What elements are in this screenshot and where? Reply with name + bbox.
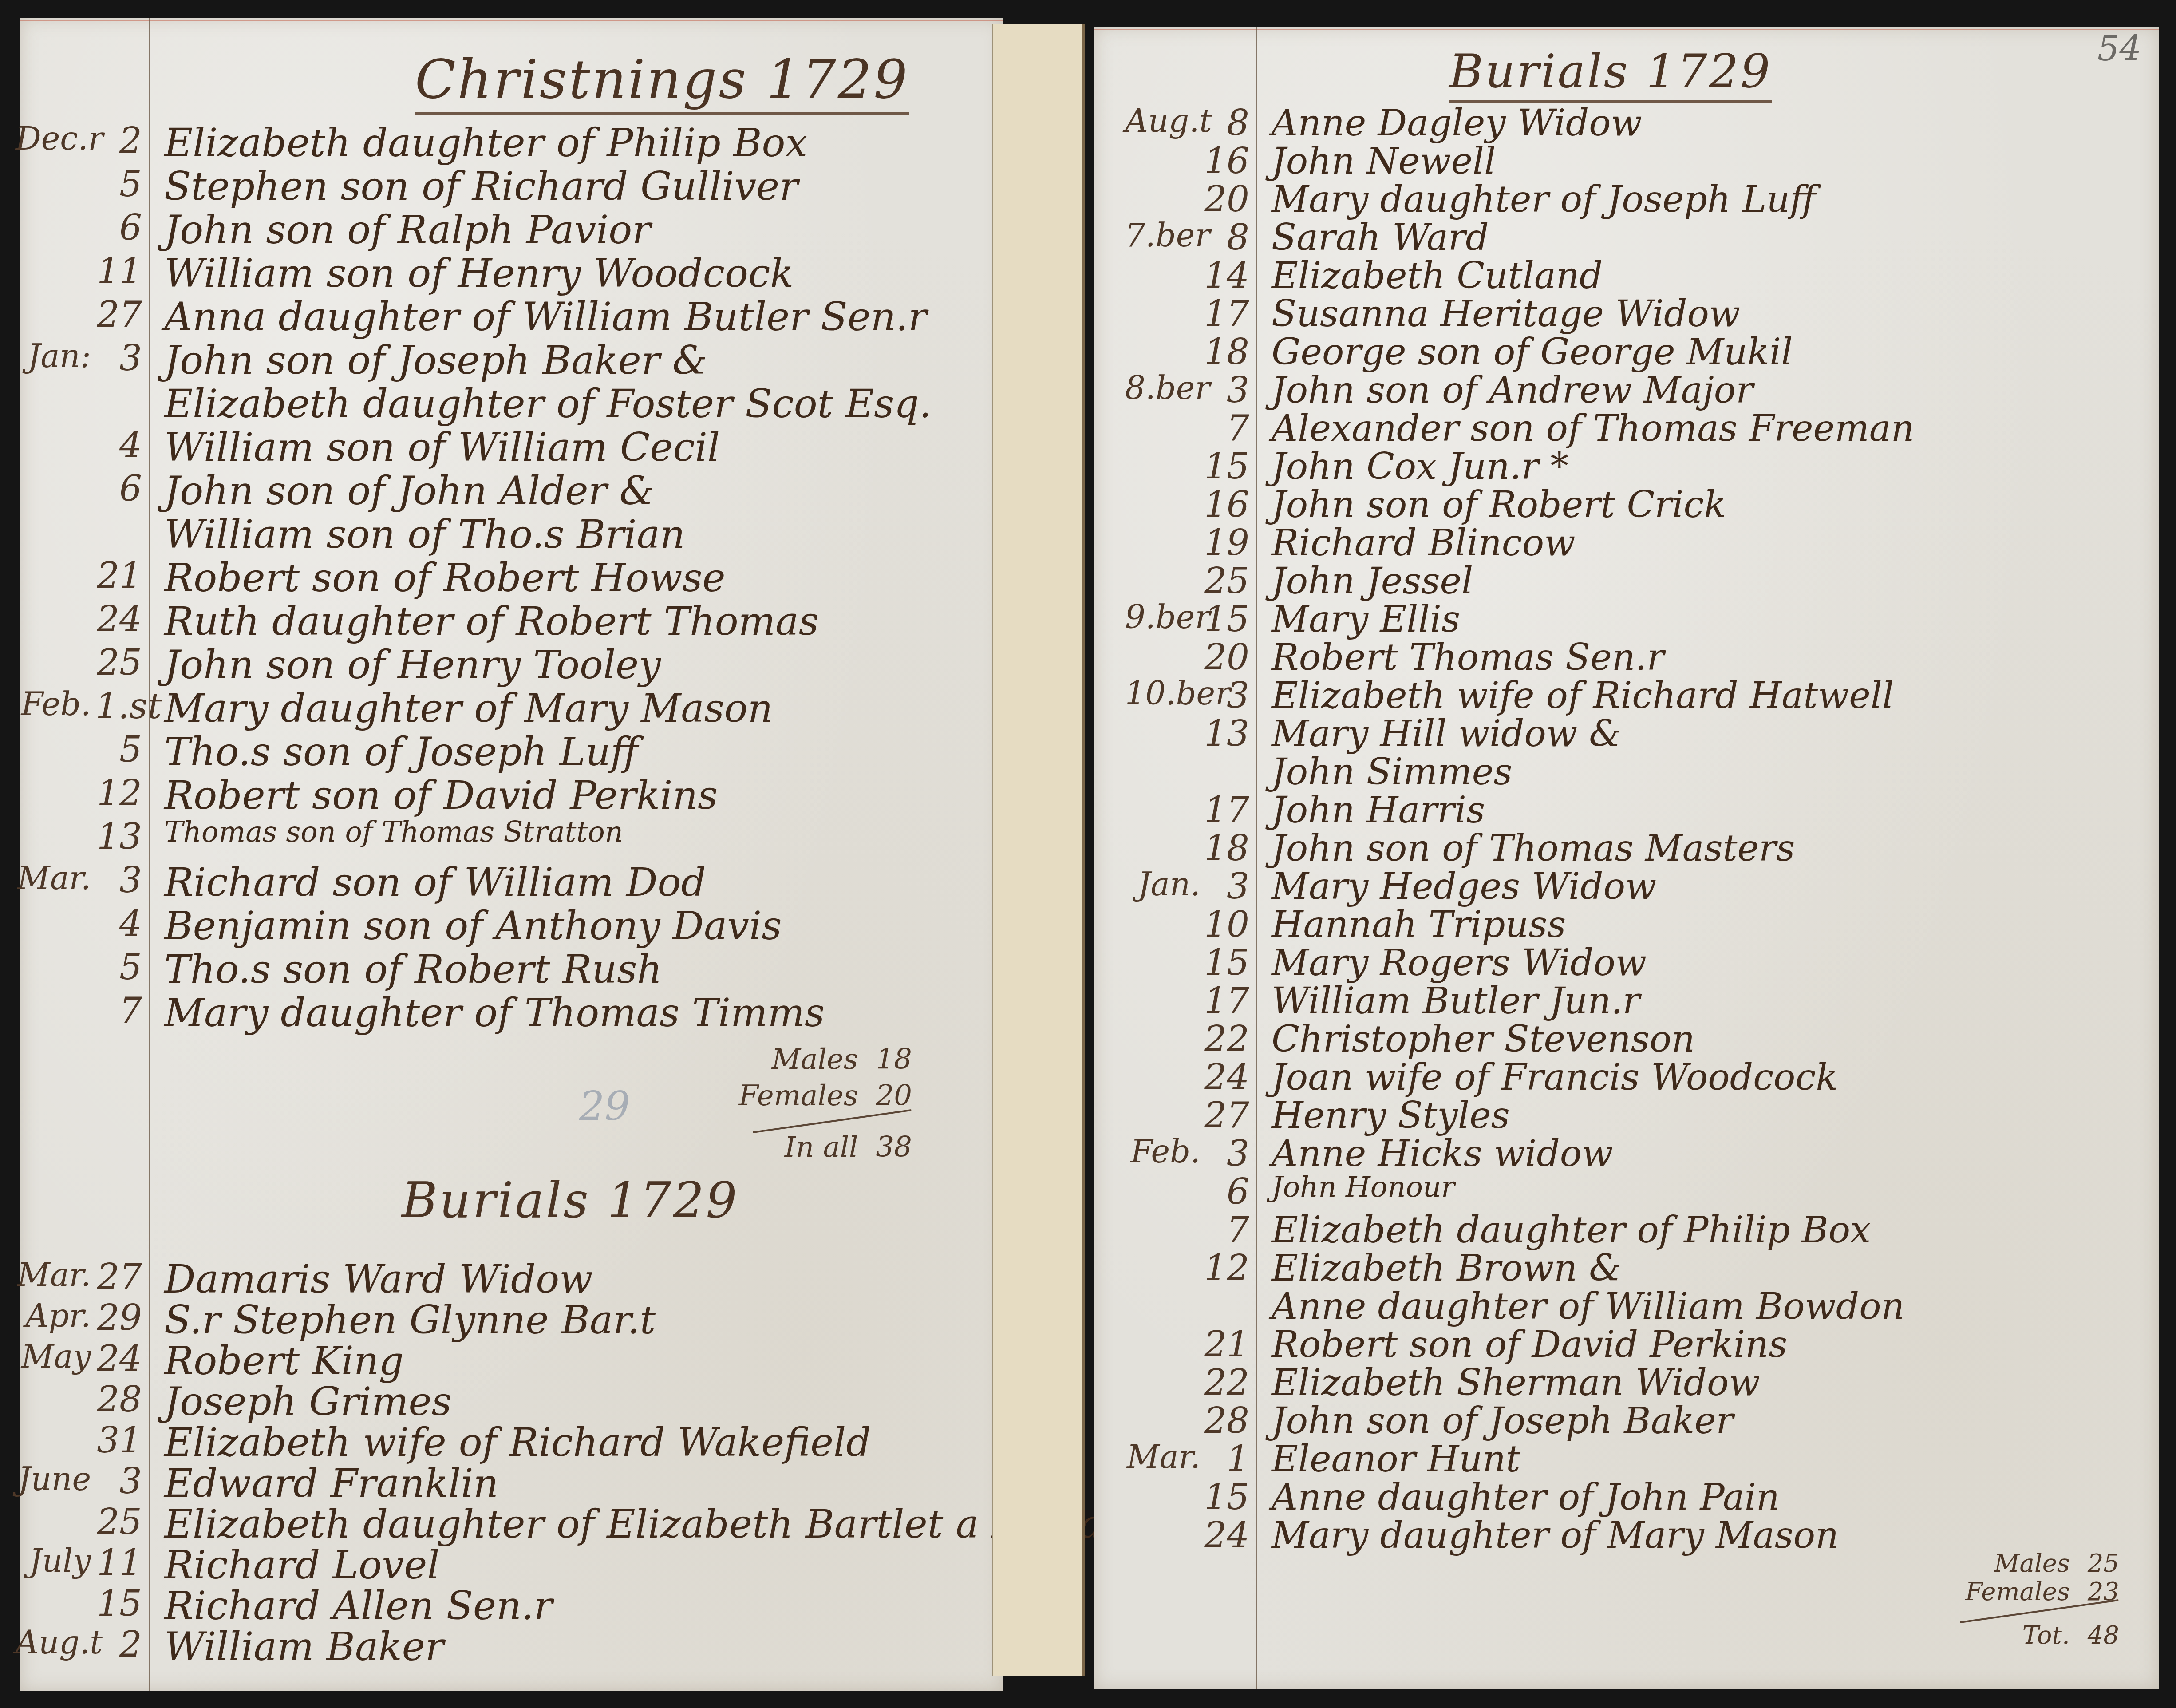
register-entry: 8.ber3John son of Andrew Major xyxy=(1094,369,2159,414)
register-entry: 24Ruth daughter of Robert Thomas xyxy=(20,598,1003,643)
entry-day: 24 xyxy=(1203,1056,1249,1098)
entry-day: 27 xyxy=(95,1256,142,1297)
entry-name: William Butler Jun.r xyxy=(1272,980,1640,1022)
christenings-heading: Christnings 1729 xyxy=(415,49,909,115)
entry-name: John son of Thomas Masters xyxy=(1272,827,1795,870)
entry-month: 9.ber xyxy=(1125,598,1201,636)
entry-name: Mary Hedges Widow xyxy=(1272,866,1656,908)
males-label: Males xyxy=(772,1043,858,1079)
register-entry: 25John Jessel xyxy=(1094,560,2159,605)
entry-day: 15 xyxy=(95,1583,142,1624)
entry-name: Edward Franklin xyxy=(164,1460,498,1506)
entry-name: George son of George Mukil xyxy=(1272,331,1793,373)
entry-day: 18 xyxy=(1203,331,1249,372)
entry-day: 13 xyxy=(95,816,142,857)
entry-day: 24 xyxy=(95,1338,142,1379)
entry-day: 20 xyxy=(1203,637,1249,678)
entry-day: 12 xyxy=(1203,1247,1249,1289)
register-entry: Jan.3Mary Hedges Widow xyxy=(1094,866,2159,910)
register-entry: William son of Tho.s Brian xyxy=(20,511,1003,556)
entry-name: Mary Rogers Widow xyxy=(1272,942,1647,984)
entry-name: Ruth daughter of Robert Thomas xyxy=(164,598,819,644)
entry-name: Anne daughter of William Bowdon xyxy=(1272,1285,1904,1328)
register-entry: 17Susanna Heritage Widow xyxy=(1094,293,2159,337)
entry-day: 15 xyxy=(1203,446,1249,487)
register-entry: Aug.t2William Baker xyxy=(20,1624,1003,1668)
register-entry: Mar.27Damaris Ward Widow xyxy=(20,1256,1003,1301)
register-entry: 4William son of William Cecil xyxy=(20,424,1003,469)
entry-day: 29 xyxy=(95,1297,142,1338)
entry-day: 24 xyxy=(95,598,142,640)
register-entry: 12Elizabeth Brown & xyxy=(1094,1247,2159,1292)
total-label: In all xyxy=(785,1131,858,1167)
entry-name: Mary daughter of Joseph Luff xyxy=(1272,178,1816,221)
register-entry: Apr.29S.r Stephen Glynne Bar.t xyxy=(20,1297,1003,1341)
entry-day: 25 xyxy=(1203,560,1249,601)
entry-day: 21 xyxy=(1203,1324,1249,1365)
register-entry: 15Mary Rogers Widow xyxy=(1094,942,2159,986)
register-entry: 17William Butler Jun.r xyxy=(1094,980,2159,1024)
entry-day: 7 xyxy=(95,990,142,1031)
entry-name: Mary Hill widow & xyxy=(1272,713,1621,755)
entry-day: 16 xyxy=(1203,484,1249,525)
register-entry: 11William son of Henry Woodcock xyxy=(20,250,1003,295)
register-entry: 13Thomas son of Thomas Stratton xyxy=(20,816,1003,860)
entry-day: 20 xyxy=(1203,178,1249,220)
register-entry: 10Hannah Tripuss xyxy=(1094,904,2159,948)
entry-name: John Cox Jun.r * xyxy=(1272,446,1568,488)
register-entry: 15John Cox Jun.r * xyxy=(1094,446,2159,490)
top-red-rule xyxy=(1094,29,2159,30)
register-entry: John Simmes xyxy=(1094,751,2159,795)
entry-month: Mar. xyxy=(1125,1438,1201,1475)
entry-day: 8 xyxy=(1203,102,1249,143)
entry-name: Richard son of William Dod xyxy=(164,859,706,905)
entry-day: 28 xyxy=(1203,1400,1249,1441)
register-entry: Jan:3John son of Joseph Baker & xyxy=(20,337,1003,382)
entry-day: 5 xyxy=(95,163,142,205)
register-entry: 12Robert son of David Perkins xyxy=(20,772,1003,817)
register-entry: July11Richard Lovel xyxy=(20,1542,1003,1586)
register-entry: 5Tho.s son of Robert Rush xyxy=(20,946,1003,991)
entry-day: 18 xyxy=(1203,827,1249,869)
entry-day: 21 xyxy=(95,555,142,596)
entry-name: Eleanor Hunt xyxy=(1272,1438,1520,1480)
entry-day: 3 xyxy=(1203,675,1249,716)
entry-name: Anne Hicks widow xyxy=(1272,1133,1613,1175)
entry-day: 5 xyxy=(95,946,142,988)
register-entry: 10.ber3Elizabeth wife of Richard Hatwell xyxy=(1094,675,2159,719)
entry-name: William son of Henry Woodcock xyxy=(164,250,794,296)
entry-day: 4 xyxy=(95,424,142,466)
register-entry: 9.ber15Mary Ellis xyxy=(1094,598,2159,643)
entry-name: John son of Joseph Baker & xyxy=(164,337,707,383)
register-entry: 7.ber8Sarah Ward xyxy=(1094,217,2159,261)
entry-name: Richard Lovel xyxy=(164,1542,440,1588)
entry-month: 10.ber xyxy=(1125,675,1201,712)
entry-month: Feb. xyxy=(16,685,91,723)
register-entry: 25Elizabeth daughter of Elizabeth Bartle… xyxy=(20,1501,1003,1546)
entry-name: Elizabeth wife of Richard Hatwell xyxy=(1272,675,1894,717)
entry-month: Mar. xyxy=(16,1256,91,1293)
register-entry: 24Joan wife of Francis Woodcock xyxy=(1094,1056,2159,1101)
entry-name: Elizabeth daughter of Foster Scot Esq. xyxy=(164,381,932,427)
entry-name: John Harris xyxy=(1272,789,1485,831)
entry-month: Mar. xyxy=(16,859,91,897)
register-entry: 13Mary Hill widow & xyxy=(1094,713,2159,757)
entry-day: 28 xyxy=(95,1379,142,1420)
entry-name: Elizabeth wife of Richard Wakefield xyxy=(164,1419,871,1465)
register-entry: 6John son of John Alder & xyxy=(20,468,1003,512)
binding-stub xyxy=(992,24,1085,1676)
register-entry: 22Christopher Stevenson xyxy=(1094,1018,2159,1063)
register-entry: 14Elizabeth Cutland xyxy=(1094,255,2159,299)
entry-day: 3 xyxy=(95,337,142,379)
total-count: 38 xyxy=(876,1131,912,1167)
register-entry: 20Mary daughter of Joseph Luff xyxy=(1094,178,2159,223)
entry-name: John Jessel xyxy=(1272,560,1473,602)
register-entry: Feb.1.stMary daughter of Mary Mason xyxy=(20,685,1003,730)
entry-name: Susanna Heritage Widow xyxy=(1272,293,1740,335)
entry-name: John son of Robert Crick xyxy=(1272,484,1726,526)
burials-heading-right: Burials 1729 xyxy=(1449,44,1772,103)
register-entry: 7Elizabeth daughter of Philip Box xyxy=(1094,1209,2159,1253)
register-entry: Aug.t8Anne Dagley Widow xyxy=(1094,102,2159,146)
entry-month: June xyxy=(16,1460,91,1498)
entry-name: Elizabeth daughter of Philip Box xyxy=(164,120,807,166)
entry-name: Elizabeth Sherman Widow xyxy=(1272,1362,1760,1404)
entry-name: Robert son of Robert Howse xyxy=(164,555,726,601)
entry-day: 15 xyxy=(1203,1476,1249,1518)
entry-day: 3 xyxy=(95,1460,142,1502)
entry-name: John son of Henry Tooley xyxy=(164,642,661,688)
entry-name: Hannah Tripuss xyxy=(1272,904,1566,946)
entry-name: Robert Thomas Sen.r xyxy=(1272,637,1664,679)
register-entry: 21Robert son of Robert Howse xyxy=(20,555,1003,599)
entry-name: Elizabeth Brown & xyxy=(1272,1247,1621,1289)
entry-name: Robert son of David Perkins xyxy=(1272,1324,1787,1366)
entry-name: Mary daughter of Thomas Timms xyxy=(164,990,825,1036)
entry-day: 31 xyxy=(95,1419,142,1461)
entry-day: 13 xyxy=(1203,713,1249,754)
entry-day: 2 xyxy=(95,1624,142,1665)
entry-name: Damaris Ward Widow xyxy=(164,1256,593,1302)
entry-day: 7 xyxy=(1203,1209,1249,1250)
entry-name: Stephen son of Richard Gulliver xyxy=(164,163,798,209)
entry-name: John Honour xyxy=(1272,1171,1455,1204)
entry-day: 6 xyxy=(1203,1171,1249,1212)
entry-day: 24 xyxy=(1203,1514,1249,1556)
register-entry: 17John Harris xyxy=(1094,789,2159,834)
entry-name: Henry Styles xyxy=(1272,1095,1510,1137)
entry-name: William son of Tho.s Brian xyxy=(164,511,685,557)
entry-name: Richard Blincow xyxy=(1272,522,1575,564)
register-entry: 21Robert son of David Perkins xyxy=(1094,1324,2159,1368)
entry-day: 3 xyxy=(1203,1133,1249,1174)
entry-day: 16 xyxy=(1203,140,1249,182)
register-entry: 28John son of Joseph Baker xyxy=(1094,1400,2159,1444)
entry-day: 27 xyxy=(95,294,142,335)
entry-day: 8 xyxy=(1203,217,1249,258)
register-entry: May24Robert King xyxy=(20,1338,1003,1382)
entry-day: 22 xyxy=(1203,1018,1249,1060)
entry-day: 7 xyxy=(1203,407,1249,449)
register-entry: Mar.3Richard son of William Dod xyxy=(20,859,1003,904)
total-count: 48 xyxy=(2088,1621,2119,1649)
page-number: 54 xyxy=(2097,29,2141,69)
entry-name: Elizabeth daughter of Philip Box xyxy=(1272,1209,1871,1251)
entry-name: Mary Ellis xyxy=(1272,598,1460,640)
entry-name: Robert son of David Perkins xyxy=(164,772,718,818)
entry-name: John Newell xyxy=(1272,140,1496,182)
entry-month: Jan. xyxy=(1125,866,1201,903)
entry-name: Anne daughter of John Pain xyxy=(1272,1476,1780,1518)
entry-day: 11 xyxy=(95,250,142,292)
entry-name: Anna daughter of William Butler Sen.r xyxy=(164,294,927,340)
females-label: Females xyxy=(739,1079,858,1116)
entry-month: Aug.t xyxy=(1125,102,1201,139)
right-page: 54 Burials 1729 Aug.t8Anne Dagley Widow1… xyxy=(1094,27,2159,1689)
entry-name: Benjamin son of Anthony Davis xyxy=(164,903,782,949)
entry-name: John son of Andrew Major xyxy=(1272,369,1753,411)
males-label: Males xyxy=(1994,1549,2070,1578)
burials-heading-left: Burials 1729 xyxy=(402,1172,739,1229)
entry-name: Elizabeth Cutland xyxy=(1272,255,1603,297)
entry-day: 25 xyxy=(95,642,142,683)
entry-day: 10 xyxy=(1203,904,1249,945)
left-page: Christnings 1729 Dec.r2Elizabeth daughte… xyxy=(20,18,1003,1691)
entry-name: John son of John Alder & xyxy=(164,468,654,514)
entry-name: John son of Ralph Pavior xyxy=(164,207,651,253)
register-entry: 31Elizabeth wife of Richard Wakefield xyxy=(20,1419,1003,1464)
top-red-rule xyxy=(20,20,1003,21)
register-entry: 4Benjamin son of Anthony Davis xyxy=(20,903,1003,947)
register-entry: 20Robert Thomas Sen.r xyxy=(1094,637,2159,681)
entry-name: John Simmes xyxy=(1272,751,1512,793)
register-entry: Dec.r2Elizabeth daughter of Philip Box xyxy=(20,120,1003,164)
entry-name: Tho.s son of Joseph Luff xyxy=(164,729,638,775)
register-entry: 27Anna daughter of William Butler Sen.r xyxy=(20,294,1003,338)
entry-name: Sarah Ward xyxy=(1272,217,1489,259)
register-entry: 6John son of Ralph Pavior xyxy=(20,207,1003,251)
entry-name: Joseph Grimes xyxy=(164,1379,452,1424)
entry-day: 11 xyxy=(95,1542,142,1583)
entry-day: 6 xyxy=(95,207,142,248)
register-entry: 22Elizabeth Sherman Widow xyxy=(1094,1362,2159,1406)
entry-name: John son of Joseph Baker xyxy=(1272,1400,1734,1442)
entry-day: 1 xyxy=(1203,1438,1249,1479)
total-label: Tot. xyxy=(2022,1621,2070,1649)
burials-totals: Males25 Females23 Tot.48 xyxy=(1871,1549,2119,1649)
entry-name: Joan wife of Francis Woodcock xyxy=(1272,1056,1838,1099)
entry-day: 17 xyxy=(1203,980,1249,1021)
register-entry: 15Anne daughter of John Pain xyxy=(1094,1476,2159,1521)
entry-month: Jan: xyxy=(16,337,91,375)
register-entry: 16John son of Robert Crick xyxy=(1094,484,2159,528)
faint-pencil-mark: 29 xyxy=(579,1083,630,1130)
entry-day: 5 xyxy=(95,729,142,770)
entry-day: 3 xyxy=(1203,866,1249,907)
christenings-totals: Males18 Females20 In all38 xyxy=(663,1043,912,1167)
entry-day: 3 xyxy=(95,859,142,901)
entry-month: Dec.r xyxy=(16,120,91,157)
register-entry: June3Edward Franklin xyxy=(20,1460,1003,1505)
entry-name: Tho.s son of Robert Rush xyxy=(164,946,662,992)
entry-day: 4 xyxy=(95,903,142,944)
register-entry: Feb.3Anne Hicks widow xyxy=(1094,1133,2159,1177)
entry-day: 27 xyxy=(1203,1095,1249,1136)
entry-month: May xyxy=(16,1338,91,1375)
entry-month: 8.ber xyxy=(1125,369,1201,407)
entry-name: Robert King xyxy=(164,1338,404,1384)
entry-day: 15 xyxy=(1203,942,1249,983)
register-entry: 18George son of George Mukil xyxy=(1094,331,2159,376)
females-label: Females xyxy=(1966,1578,2070,1606)
entry-day: 25 xyxy=(95,1501,142,1542)
entry-name: Richard Allen Sen.r xyxy=(164,1583,553,1629)
entry-month: Feb. xyxy=(1125,1133,1201,1170)
males-count: 25 xyxy=(2088,1549,2119,1578)
entry-name: S.r Stephen Glynne Bar.t xyxy=(164,1297,656,1343)
entry-month: Aug.t xyxy=(16,1624,91,1661)
males-count: 18 xyxy=(876,1043,912,1079)
entry-name: Thomas son of Thomas Stratton xyxy=(164,816,623,849)
entry-day: 17 xyxy=(1203,293,1249,334)
register-entry: Mar.1Eleanor Hunt xyxy=(1094,1438,2159,1483)
register-entry: Elizabeth daughter of Foster Scot Esq. xyxy=(20,381,1003,425)
entry-name: Mary daughter of Mary Mason xyxy=(164,685,773,731)
entry-day: 6 xyxy=(95,468,142,509)
register-entry: 6John Honour xyxy=(1094,1171,2159,1215)
entry-day: 17 xyxy=(1203,789,1249,830)
register-entry: 7Mary daughter of Thomas Timms xyxy=(20,990,1003,1034)
entry-name: Alexander son of Thomas Freeman xyxy=(1272,407,1915,450)
entry-name: Mary daughter of Mary Mason xyxy=(1272,1514,1839,1557)
register-entry: 28Joseph Grimes xyxy=(20,1379,1003,1423)
register-entry: 25John son of Henry Tooley xyxy=(20,642,1003,686)
entry-name: Christopher Stevenson xyxy=(1272,1018,1695,1060)
register-entry: 18John son of Thomas Masters xyxy=(1094,827,2159,872)
entry-name: William Baker xyxy=(164,1624,444,1669)
register-entry: 5Tho.s son of Joseph Luff xyxy=(20,729,1003,773)
register-entry: 19Richard Blincow xyxy=(1094,522,2159,566)
register-entry: 5Stephen son of Richard Gulliver xyxy=(20,163,1003,208)
register-entry: 15Richard Allen Sen.r xyxy=(20,1583,1003,1627)
entry-day: 3 xyxy=(1203,369,1249,411)
entry-day: 1.st xyxy=(95,685,142,727)
entry-day: 14 xyxy=(1203,255,1249,296)
entry-name: Anne Dagley Widow xyxy=(1272,102,1642,144)
register-entry: 27Henry Styles xyxy=(1094,1095,2159,1139)
register-entry: 16John Newell xyxy=(1094,140,2159,185)
register-entry: 7Alexander son of Thomas Freeman xyxy=(1094,407,2159,452)
entry-month: July xyxy=(16,1542,91,1579)
entry-day: 12 xyxy=(95,772,142,814)
entry-month: 7.ber xyxy=(1125,217,1201,254)
entry-day: 22 xyxy=(1203,1362,1249,1403)
entry-day: 2 xyxy=(95,120,142,161)
register-entry: Anne daughter of William Bowdon xyxy=(1094,1285,2159,1330)
entry-day: 19 xyxy=(1203,522,1249,563)
entry-day: 15 xyxy=(1203,598,1249,640)
entry-name: William son of William Cecil xyxy=(164,424,720,470)
entry-month: Apr. xyxy=(16,1297,91,1334)
